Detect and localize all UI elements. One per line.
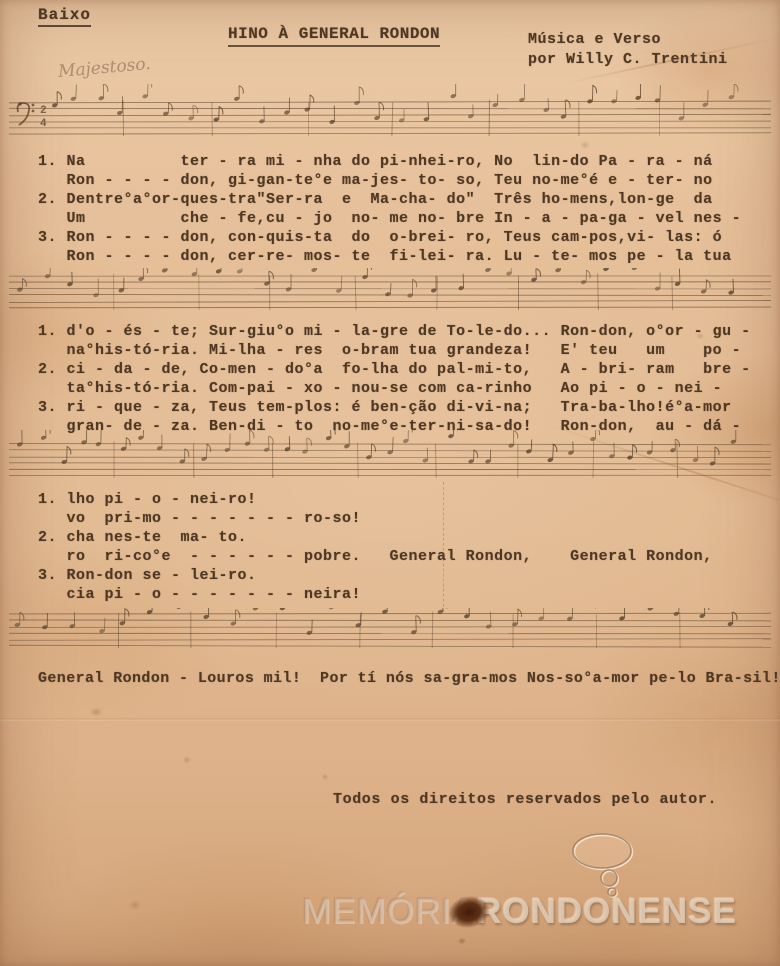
- watermark: MEMÓRIARONDONENSE: [302, 892, 737, 932]
- credit-line-1: Música e Verso: [528, 30, 728, 50]
- svg-text:4: 4: [40, 118, 47, 130]
- composer-credit: Música e Verso por Willy C. Trentini: [528, 30, 728, 70]
- sheet-music-page: Baixo HINO À GENERAL RONDON Música e Ver…: [0, 0, 780, 966]
- music-staff-2: [6, 268, 774, 320]
- credit-line-2: por Willy C. Trentini: [528, 50, 728, 70]
- final-lyrics-line: General Rondon - Louros mil! Por tí nós …: [38, 670, 780, 687]
- horizontal-crease: [0, 718, 780, 721]
- music-staff-4: [6, 608, 774, 658]
- lyrics-block-1: 1. Na ter - ra mi - nha do pi-nhei-ro, N…: [38, 152, 741, 266]
- thought-balloon-doodle: [556, 828, 652, 908]
- voice-part-label: Baixo: [38, 6, 91, 27]
- paper-fold-crease: [443, 482, 444, 612]
- rights-notice: Todos os direitos reservados pelo autor.: [333, 791, 717, 808]
- lyrics-block-3: 1. lho pi - o - nei-ro! vo pri-mo - - - …: [38, 490, 713, 604]
- page-title: HINO À GENERAL RONDON: [228, 25, 440, 47]
- music-staff-1: 24: [6, 84, 774, 146]
- tempo-annotation: Majestoso.: [57, 54, 151, 82]
- lyrics-block-2: 1. d'o - és - te; Sur-giu°o mi - la-gre …: [38, 322, 751, 436]
- svg-text:2: 2: [40, 105, 47, 117]
- music-staff-3: [6, 430, 774, 488]
